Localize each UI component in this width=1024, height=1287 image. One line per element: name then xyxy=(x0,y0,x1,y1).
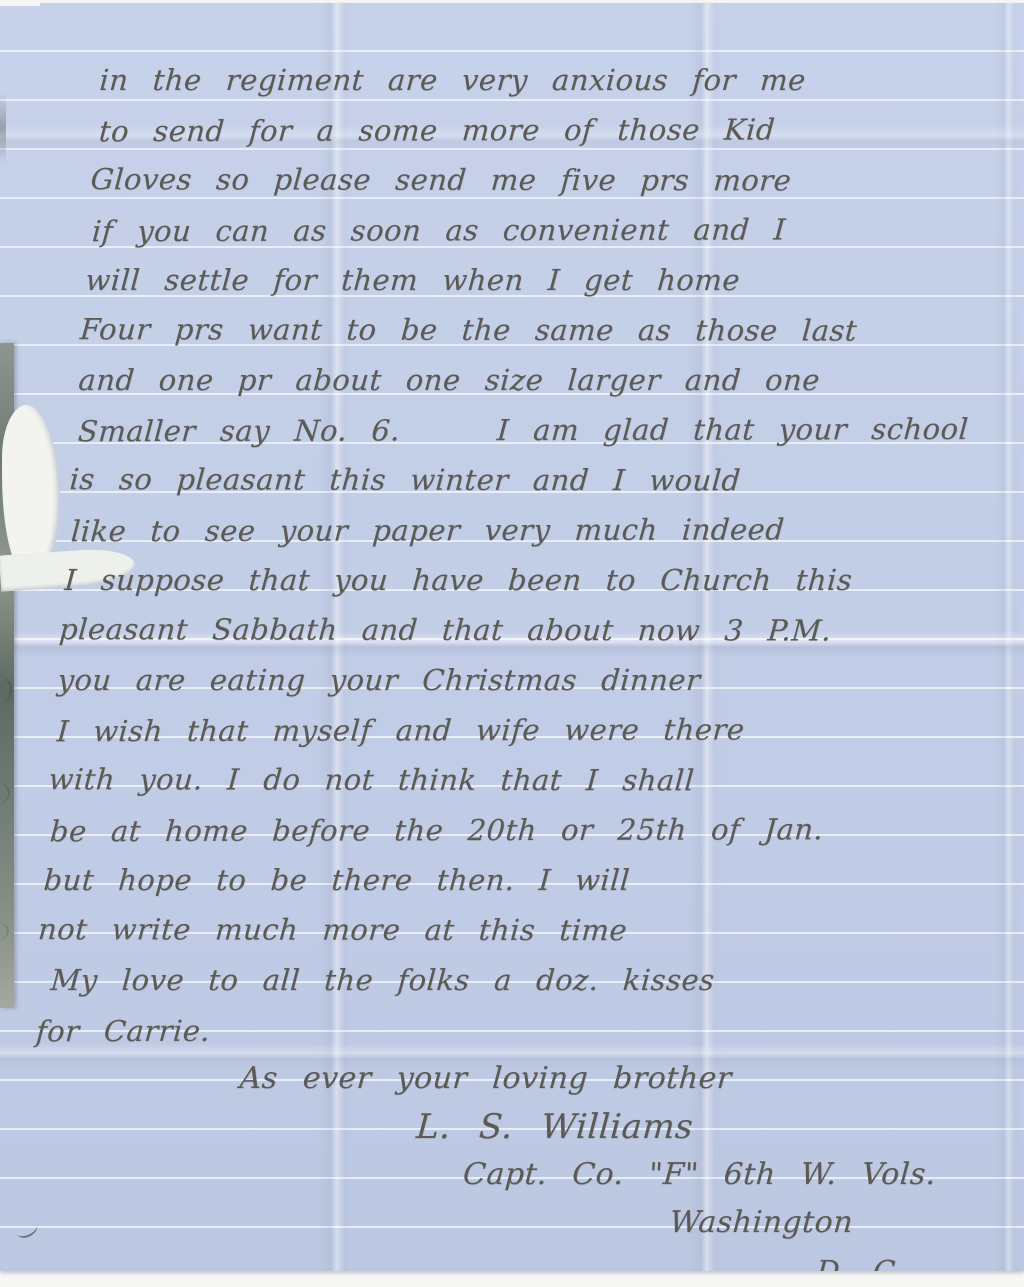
letter-line-2: to send for a some more of those Kid xyxy=(97,104,1024,157)
letter-text: in the regiment are very anxious for me … xyxy=(15,55,1024,1271)
letter-line-1: in the regiment are very anxious for me xyxy=(98,55,1024,105)
letter-line-10: like to see your paper very much indeed xyxy=(69,504,1024,557)
letter-line-16: be at home before the 20th or 25th of Ja… xyxy=(48,804,1010,857)
closing-valediction: As ever your loving brother xyxy=(238,1055,989,1103)
left-edge-damage-upper xyxy=(0,93,6,163)
scan-background: in the regiment are very anxious for me … xyxy=(0,0,1024,1287)
letter-body: in the regiment are very anxious for me … xyxy=(31,55,1024,1055)
letter-line-8: Smaller say No. 6. I am glad that your s… xyxy=(76,404,1024,457)
closing-location-city: Washington xyxy=(668,1199,979,1247)
letter-closing: As ever your loving brother L. S. Willia… xyxy=(15,1055,990,1271)
closing-location-state: D. C. xyxy=(815,1247,976,1271)
letter-line-13: you are eating your Christmas dinner xyxy=(56,655,1017,705)
letter-line-14: I wish that myself and wife were there xyxy=(55,704,1017,757)
scan-edge-sliver xyxy=(0,0,40,6)
letter-line-20: for Carrie. xyxy=(34,1004,996,1057)
letter-page: in the regiment are very anxious for me … xyxy=(0,3,1024,1271)
letter-line-19: My love to all the folks a doz. kisses xyxy=(49,955,1010,1005)
closing-signature-title: Capt. Co. "F" 6th W. Vols. xyxy=(461,1151,982,1199)
letter-line-12: pleasant Sabbath and that about now 3 P.… xyxy=(57,604,1018,656)
closing-signature: L. S. Williams xyxy=(415,1103,986,1151)
letter-line-6: Four prs want to be the same as those la… xyxy=(78,304,1024,356)
letter-line-18: not write much more at this time xyxy=(36,904,997,956)
letter-line-4: if you can as soon as convenient and I xyxy=(90,204,1024,257)
letter-line-11: I suppose that you have been to Church t… xyxy=(63,555,1024,605)
letter-line-17: but hope to be there then. I will xyxy=(42,855,1003,905)
letter-line-5: will settle for them when I get home xyxy=(84,255,1024,305)
letter-line-9: is so pleasant this winter and I would xyxy=(68,454,1024,506)
letter-line-3: Gloves so please send me five prs more xyxy=(89,154,1024,206)
letter-line-7: and one pr about one size larger and one xyxy=(77,355,1024,405)
letter-line-15: with you. I do not think that I shall xyxy=(47,754,1008,806)
